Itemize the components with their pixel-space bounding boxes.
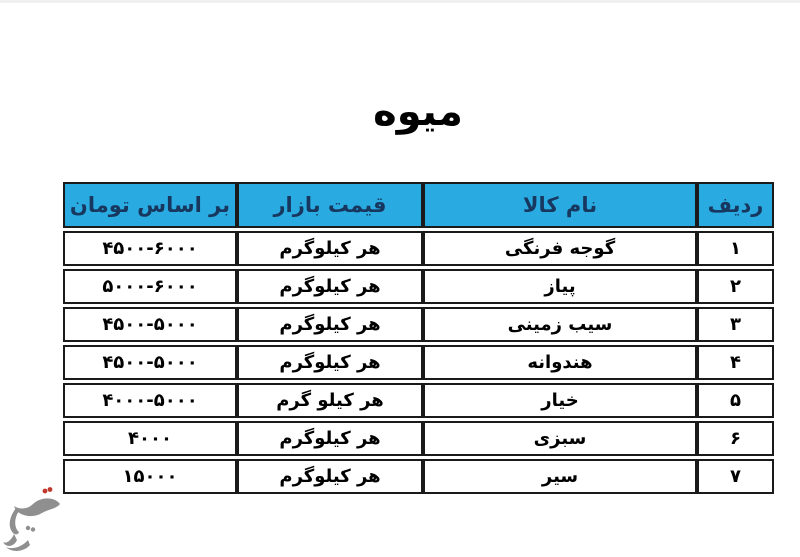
cell-name: پیاز [423,269,697,304]
table-row: ۲ پیاز هر کیلوگرم ۵۰۰۰-۶۰۰۰ [63,269,774,304]
price-table: ردیف نام کالا قیمت بازار بر اساس تومان ۱… [63,179,774,497]
header-row: ردیف نام کالا قیمت بازار بر اساس تومان [63,182,774,228]
cell-price: ۵۰۰۰-۶۰۰۰ [63,269,237,304]
cell-radif: ۲ [697,269,774,304]
cell-name: هندوانه [423,345,697,380]
cell-radif: ۴ [697,345,774,380]
col-header-price: بر اساس تومان [63,182,237,228]
cell-unit: هر کیلوگرم [237,307,423,342]
table-row: ۷ سیر هر کیلوگرم ۱۵۰۰۰ [63,459,774,494]
col-header-name: نام کالا [423,182,697,228]
table-row: ۶ سبزی هر کیلوگرم ۴۰۰۰ [63,421,774,456]
cell-price: ۴۰۰۰ [63,421,237,456]
cell-name: سیب زمینی [423,307,697,342]
cell-name: سبزی [423,421,697,456]
page-title: میوه [36,84,800,140]
cell-radif: ۳ [697,307,774,342]
calligraphy-watermark-icon [2,484,66,554]
table-row: ۳ سیب زمینی هر کیلوگرم ۴۵۰۰-۵۰۰۰ [63,307,774,342]
col-header-unit: قیمت بازار [237,182,423,228]
cell-radif: ۷ [697,459,774,494]
cell-unit: هر کیلوگرم [237,269,423,304]
cell-unit: هر کیلو گرم [237,383,423,418]
cell-name: سیر [423,459,697,494]
top-strip [0,0,800,3]
cell-unit: هر کیلوگرم [237,421,423,456]
cell-name: خیار [423,383,697,418]
page: { "page": { "title": "میوه", "background… [0,0,800,557]
cell-unit: هر کیلوگرم [237,231,423,266]
cell-price: ۴۵۰۰-۶۰۰۰ [63,231,237,266]
cell-radif: ۵ [697,383,774,418]
col-header-radif: ردیف [697,182,774,228]
table-row: ۴ هندوانه هر کیلوگرم ۴۵۰۰-۵۰۰۰ [63,345,774,380]
cell-radif: ۱ [697,231,774,266]
table-row: ۱ گوجه فرنگی هر کیلوگرم ۴۵۰۰-۶۰۰۰ [63,231,774,266]
cell-price: ۴۰۰۰-۵۰۰۰ [63,383,237,418]
cell-unit: هر کیلوگرم [237,459,423,494]
cell-price: ۴۵۰۰-۵۰۰۰ [63,307,237,342]
price-table-container: ردیف نام کالا قیمت بازار بر اساس تومان ۱… [63,179,774,497]
cell-radif: ۶ [697,421,774,456]
cell-price: ۴۵۰۰-۵۰۰۰ [63,345,237,380]
cell-price: ۱۵۰۰۰ [63,459,237,494]
cell-name: گوجه فرنگی [423,231,697,266]
table-row: ۵ خیار هر کیلو گرم ۴۰۰۰-۵۰۰۰ [63,383,774,418]
cell-unit: هر کیلوگرم [237,345,423,380]
